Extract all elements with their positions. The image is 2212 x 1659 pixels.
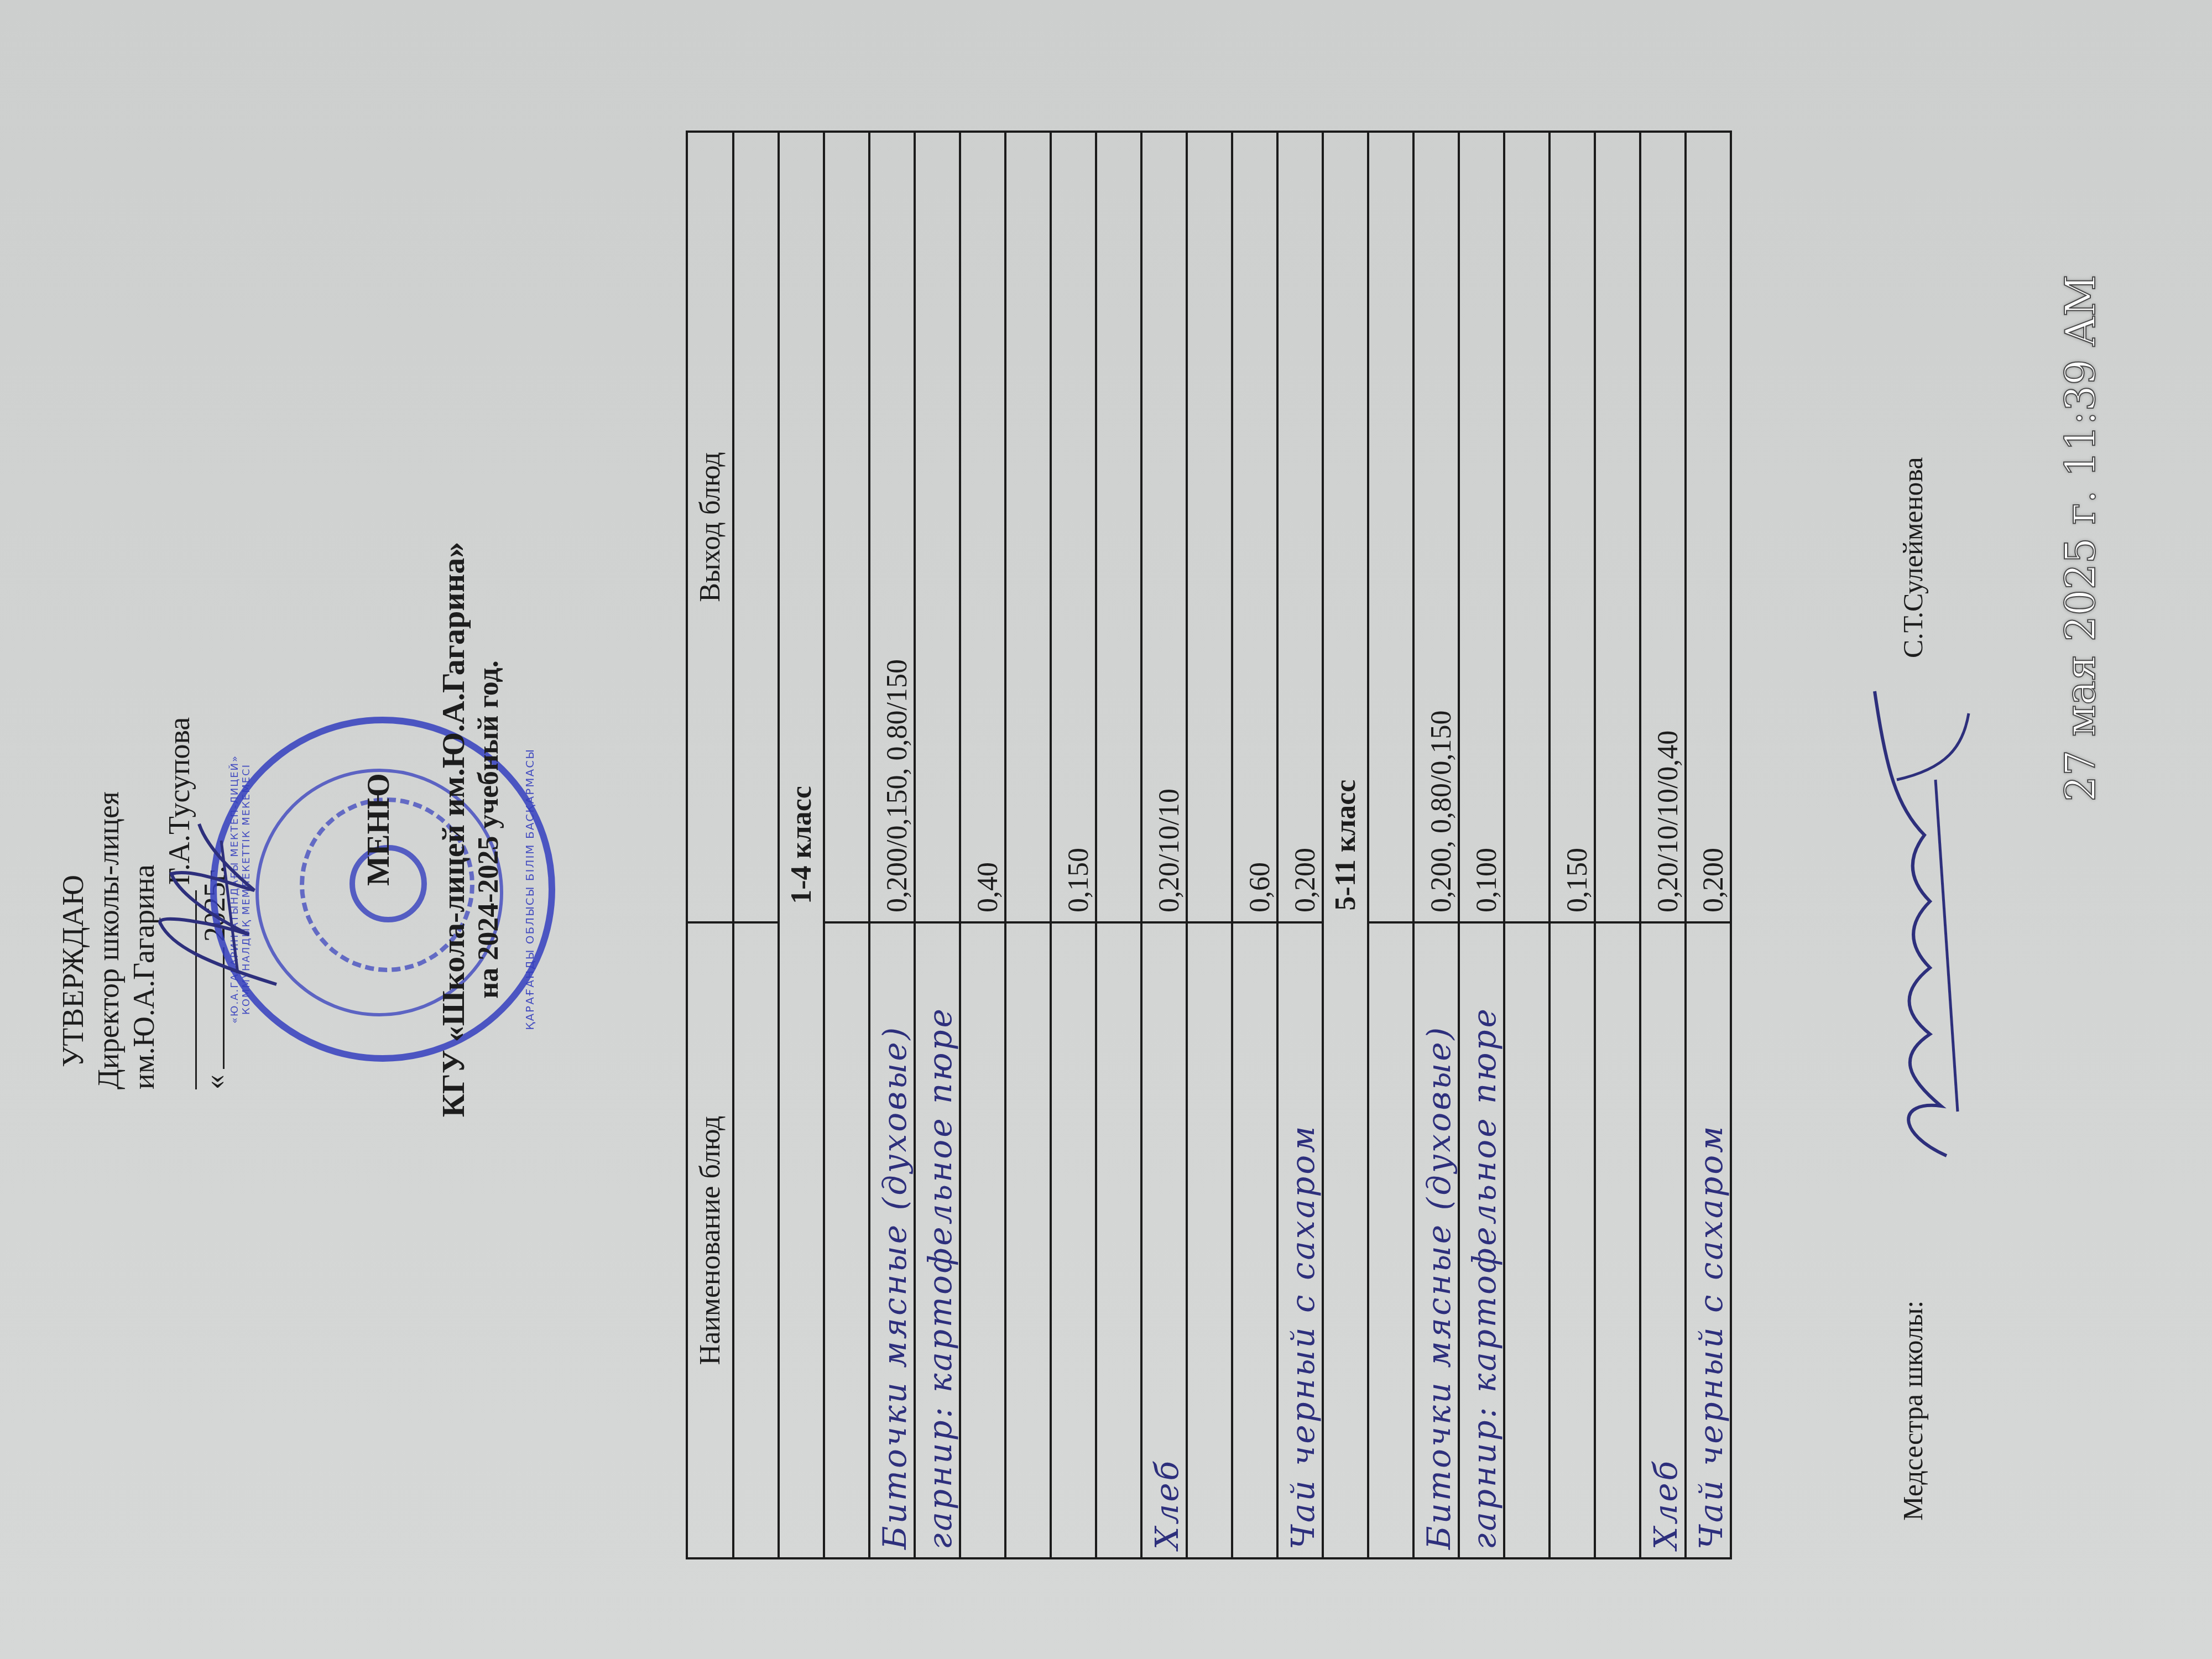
dish-yield-cell: 0,40 <box>960 132 1005 922</box>
dish-yield-cell <box>824 132 869 922</box>
menu-document: УТВЕРЖДАЮ Директор школы-лицея им.Ю.А.Га… <box>0 0 2212 1659</box>
dish-name-cell: Биточки мясные (духовые) <box>869 922 915 1558</box>
nurse-name: С.Т.Сулейменова <box>1897 457 1929 658</box>
table-row: гарнир: картофельное пюре0,100 <box>1459 132 1504 1558</box>
nurse-signature-icon <box>1864 680 1985 1167</box>
table-row: Чай черный с сахаром0,200 <box>1277 132 1323 1558</box>
dish-yield-cell <box>1368 132 1413 922</box>
date-open-quote: « <box>198 1074 231 1089</box>
dish-name-cell <box>1232 922 1277 1558</box>
dish-yield-cell: 0,200 <box>1277 132 1323 922</box>
document-title: МЕНЮ КГУ «Школа-лицей им.Ю.А.Гагарина» н… <box>359 0 506 1659</box>
dish-name-cell: Биточки мясные (духовые) <box>1413 922 1459 1558</box>
table-row <box>1096 132 1141 1558</box>
dish-name-cell <box>1595 922 1640 1558</box>
dish-name-cell <box>960 922 1005 1558</box>
table-row <box>1005 132 1051 1558</box>
dish-yield-cell: 0,20/10/10 <box>1141 132 1187 922</box>
table-row: Хлеб0,20/10/10 <box>1141 132 1187 1558</box>
dish-name-cell <box>1368 922 1413 1558</box>
dish-name-cell: гарнир: картофельное пюре <box>915 922 960 1558</box>
dish-yield-cell: 0,150 <box>1550 132 1595 922</box>
dish-name-cell: Чай черный с сахаром <box>1277 922 1323 1558</box>
table-row: 0,40 <box>960 132 1005 1558</box>
dish-yield-cell: 0,150 <box>1051 132 1096 922</box>
photo-timestamp: 27 мая 2025 г. 11:39 AM <box>2057 275 2105 802</box>
dish-name-cell <box>1504 922 1550 1558</box>
table-row <box>1187 132 1232 1558</box>
table-row <box>824 132 869 1558</box>
menu-heading: МЕНЮ <box>359 0 397 1659</box>
table-row: Хлеб0,20/10/10/0,40 <box>1640 132 1686 1558</box>
dish-name-cell: Чай черный с сахаром <box>1686 922 1731 1558</box>
table-row: 0,150 <box>1550 132 1595 1558</box>
dish-yield-cell: 0,60 <box>1232 132 1277 922</box>
dish-yield-cell <box>1504 132 1550 922</box>
dish-name-cell <box>1096 922 1141 1558</box>
dish-name-cell: Хлеб <box>1640 922 1686 1558</box>
table-row: 0,150 <box>1051 132 1096 1558</box>
table-header-row: Наименование блюд Выход блюд <box>687 132 733 1558</box>
dish-name-cell <box>1550 922 1595 1558</box>
column-header-dish-name: Наименование блюд <box>687 922 733 1558</box>
dish-name-cell: гарнир: картофельное пюре <box>1459 922 1504 1558</box>
dish-yield-cell <box>1005 132 1051 922</box>
dish-name-cell <box>1051 922 1096 1558</box>
dish-name-cell: Хлеб <box>1141 922 1187 1558</box>
dish-yield-cell: 0,200/0,150, 0,80/150 <box>869 132 915 922</box>
dish-yield-cell: 0,200, 0,80/0,150 <box>1413 132 1459 922</box>
table-row <box>733 132 779 1558</box>
table-row: Биточки мясные (духовые)0,200/0,150, 0,8… <box>869 132 915 1558</box>
column-header-yield: Выход блюд <box>687 132 733 922</box>
table-row: Чай черный с сахаром0,200 <box>1686 132 1731 1558</box>
nurse-label: Медсестра школы: <box>1897 1301 1929 1521</box>
table-row: 1-4 класс <box>779 132 824 1558</box>
class-section-label: 1-4 класс <box>779 132 824 1558</box>
academic-year: на 2024-2025 учебный год. <box>472 0 506 1659</box>
organization-name: КГУ «Школа-лицей им.Ю.А.Гагарина» <box>435 0 472 1659</box>
dish-name-cell <box>1005 922 1051 1558</box>
director-position: Директор школы-лицея <box>91 592 126 1089</box>
dish-name-cell <box>1187 922 1232 1558</box>
dish-yield-cell <box>915 132 960 922</box>
table-row <box>1504 132 1550 1558</box>
approval-heading: УТВЕРЖДАЮ <box>55 592 91 1089</box>
table-row <box>1595 132 1640 1558</box>
dish-yield-cell: 0,200 <box>1686 132 1731 922</box>
seal-text-bottom: ҚАРАҒАНДЫ ОБЛЫСЫ БІЛІМ БАСҚАРМАСЫ <box>523 723 536 1055</box>
table-row: гарнир: картофельное пюре <box>915 132 960 1558</box>
dish-yield-cell <box>1187 132 1232 922</box>
dish-yield-cell <box>1595 132 1640 922</box>
table-row: 5-11 класс <box>1323 132 1368 1558</box>
dish-name-cell <box>824 922 869 1558</box>
class-section-label: 5-11 класс <box>1323 132 1368 1558</box>
table-row <box>1368 132 1413 1558</box>
menu-table: Наименование блюд Выход блюд 1-4 классБи… <box>686 131 1732 1559</box>
dish-name-cell <box>733 922 779 1558</box>
dish-yield-cell <box>733 132 779 922</box>
table-row: Биточки мясные (духовые)0,200, 0,80/0,15… <box>1413 132 1459 1558</box>
dish-yield-cell: 0,100 <box>1459 132 1504 922</box>
dish-yield-cell: 0,20/10/10/0,40 <box>1640 132 1686 922</box>
director-signature-icon <box>138 807 293 1006</box>
dish-yield-cell <box>1096 132 1141 922</box>
menu-table-body: 1-4 классБиточки мясные (духовые)0,200/0… <box>733 132 1731 1558</box>
table-row: 0,60 <box>1232 132 1277 1558</box>
